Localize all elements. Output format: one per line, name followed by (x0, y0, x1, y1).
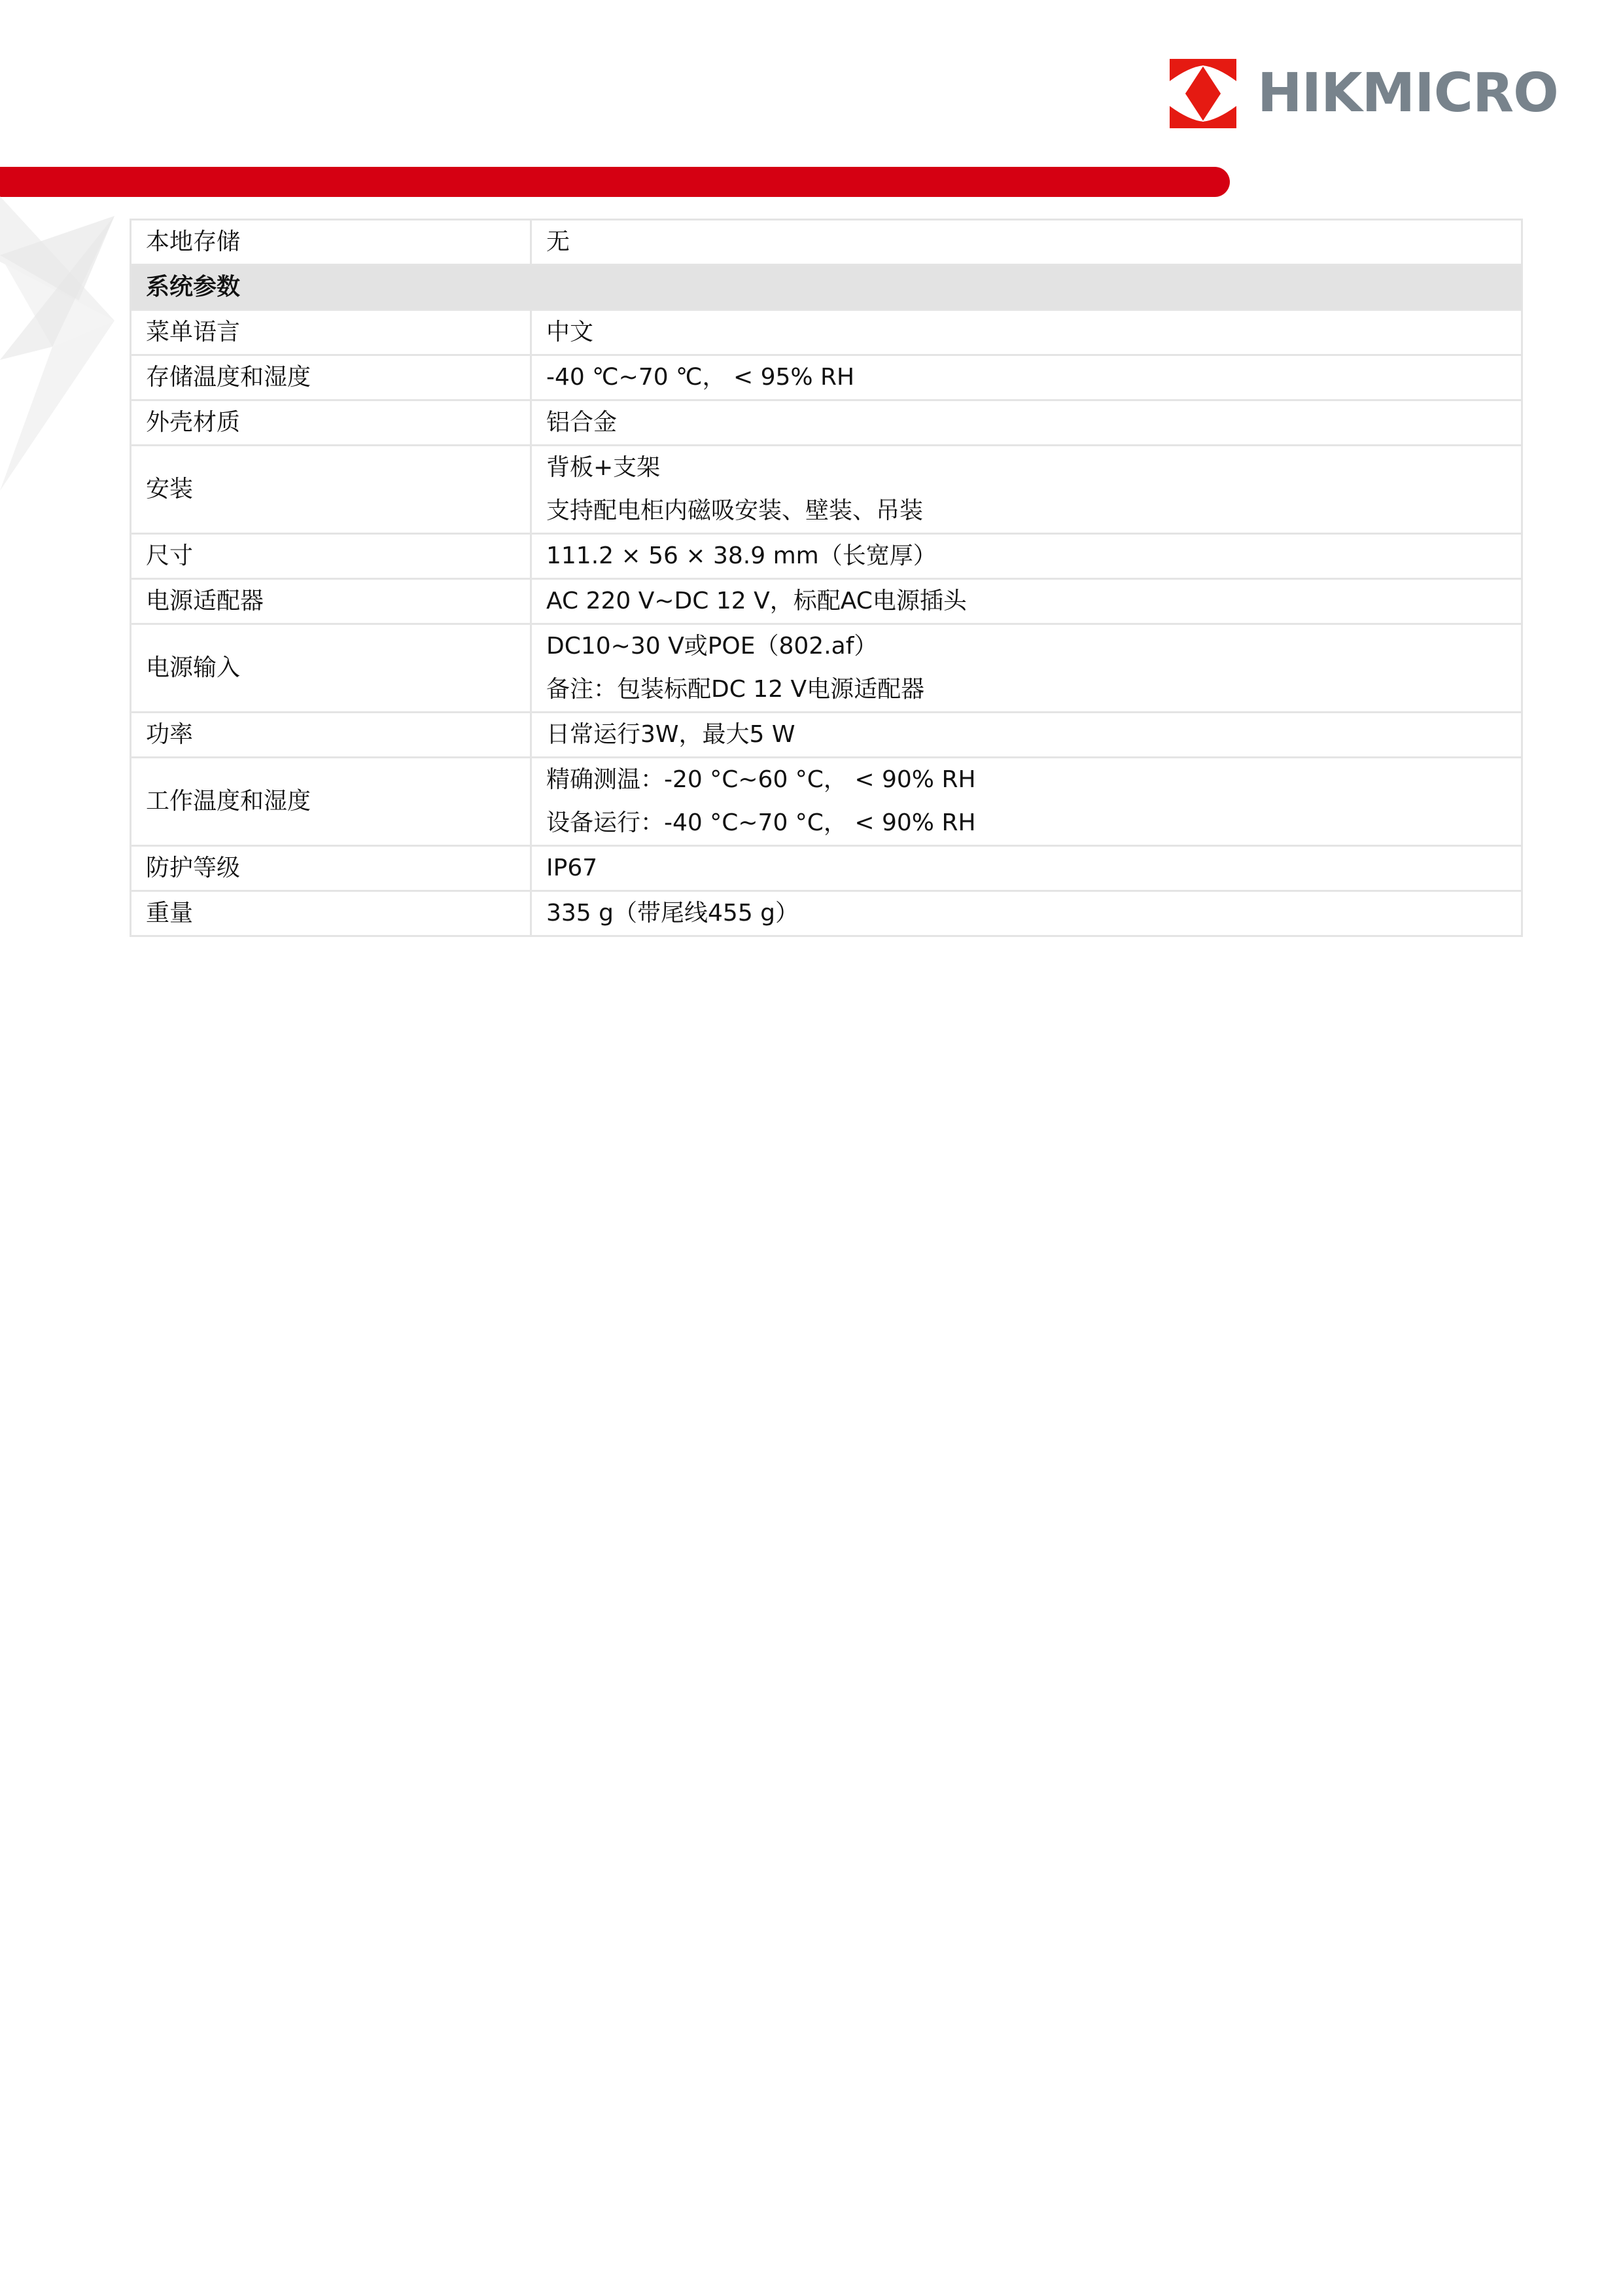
spec-label: 存储温度和湿度 (131, 355, 531, 400)
spec-row: 电源适配器AC 220 V~DC 12 V，标配AC电源插头 (131, 579, 1522, 624)
spec-row: 重量335 g（带尾线455 g） (131, 891, 1522, 936)
spec-row: 功率日常运行3W，最大5 W (131, 713, 1522, 758)
spec-value-line: 设备运行：-40 °C~70 °C， < 90% RH (546, 802, 1521, 845)
spec-value: 日常运行3W，最大5 W (531, 713, 1522, 758)
spec-value-line: 中文 (546, 311, 1521, 354)
spec-label: 电源输入 (131, 624, 531, 713)
spec-row: 菜单语言中文 (131, 310, 1522, 355)
spec-value: -40 ℃~70 ℃， < 95% RH (531, 355, 1522, 400)
spec-value: 无 (531, 220, 1522, 265)
eye-logo-icon (1170, 59, 1236, 128)
spec-value-line: 背板+支架 (546, 446, 1521, 489)
hikmicro-logo: HIKMICRO (1170, 59, 1558, 128)
spec-row: 外壳材质铝合金 (131, 400, 1522, 446)
spec-value: AC 220 V~DC 12 V，标配AC电源插头 (531, 579, 1522, 624)
spec-value-line: 支持配电柜内磁吸安装、壁装、吊装 (546, 489, 1521, 533)
spec-row: 电源输入DC10~30 V或POE（802.af）备注：包装标配DC 12 V电… (131, 624, 1522, 713)
spec-value: DC10~30 V或POE（802.af）备注：包装标配DC 12 V电源适配器 (531, 624, 1522, 713)
spec-value: 背板+支架支持配电柜内磁吸安装、壁装、吊装 (531, 446, 1522, 534)
section-title: 系统参数 (131, 265, 1522, 310)
spec-label: 防护等级 (131, 846, 531, 891)
spec-label: 尺寸 (131, 534, 531, 579)
brand-name: HIKMICRO (1257, 67, 1558, 120)
header-red-bar (0, 167, 1230, 197)
spec-value-line: DC10~30 V或POE（802.af） (546, 625, 1521, 668)
spec-value-line: IP67 (546, 847, 1521, 890)
spec-value-line: 铝合金 (546, 401, 1521, 444)
spec-value: IP67 (531, 846, 1522, 891)
spec-value-line: 日常运行3W，最大5 W (546, 713, 1521, 756)
spec-row: 尺寸111.2 × 56 × 38.9 mm（长宽厚） (131, 534, 1522, 579)
spec-row: 安装背板+支架支持配电柜内磁吸安装、壁装、吊装 (131, 446, 1522, 534)
spec-value: 中文 (531, 310, 1522, 355)
spec-value: 铝合金 (531, 400, 1522, 446)
spec-label: 工作温度和湿度 (131, 758, 531, 846)
spec-value-line: -40 ℃~70 ℃， < 95% RH (546, 356, 1521, 399)
spec-label: 重量 (131, 891, 531, 936)
spec-row: 工作温度和湿度精确测温：-20 °C~60 °C， < 90% RH设备运行：-… (131, 758, 1522, 846)
spec-label: 本地存储 (131, 220, 531, 265)
spec-value-line: 备注：包装标配DC 12 V电源适配器 (546, 668, 1521, 711)
spec-label: 安装 (131, 446, 531, 534)
decorative-polygon-graphic (0, 196, 118, 523)
spec-value-line: 335 g（带尾线455 g） (546, 892, 1521, 935)
spec-label: 菜单语言 (131, 310, 531, 355)
spec-label: 外壳材质 (131, 400, 531, 446)
spec-label: 电源适配器 (131, 579, 531, 624)
spec-value-line: 111.2 × 56 × 38.9 mm（长宽厚） (546, 535, 1521, 578)
spec-table: 本地存储无系统参数菜单语言中文存储温度和湿度-40 ℃~70 ℃， < 95% … (130, 219, 1523, 937)
spec-value: 精确测温：-20 °C~60 °C， < 90% RH设备运行：-40 °C~7… (531, 758, 1522, 846)
spec-value: 335 g（带尾线455 g） (531, 891, 1522, 936)
spec-row: 本地存储无 (131, 220, 1522, 265)
spec-row: 防护等级IP67 (131, 846, 1522, 891)
section-header-row: 系统参数 (131, 265, 1522, 310)
spec-value-line: 精确测温：-20 °C~60 °C， < 90% RH (546, 758, 1521, 802)
spec-value-line: AC 220 V~DC 12 V，标配AC电源插头 (546, 580, 1521, 623)
spec-row: 存储温度和湿度-40 ℃~70 ℃， < 95% RH (131, 355, 1522, 400)
spec-value-line: 无 (546, 221, 1521, 264)
spec-value: 111.2 × 56 × 38.9 mm（长宽厚） (531, 534, 1522, 579)
spec-label: 功率 (131, 713, 531, 758)
